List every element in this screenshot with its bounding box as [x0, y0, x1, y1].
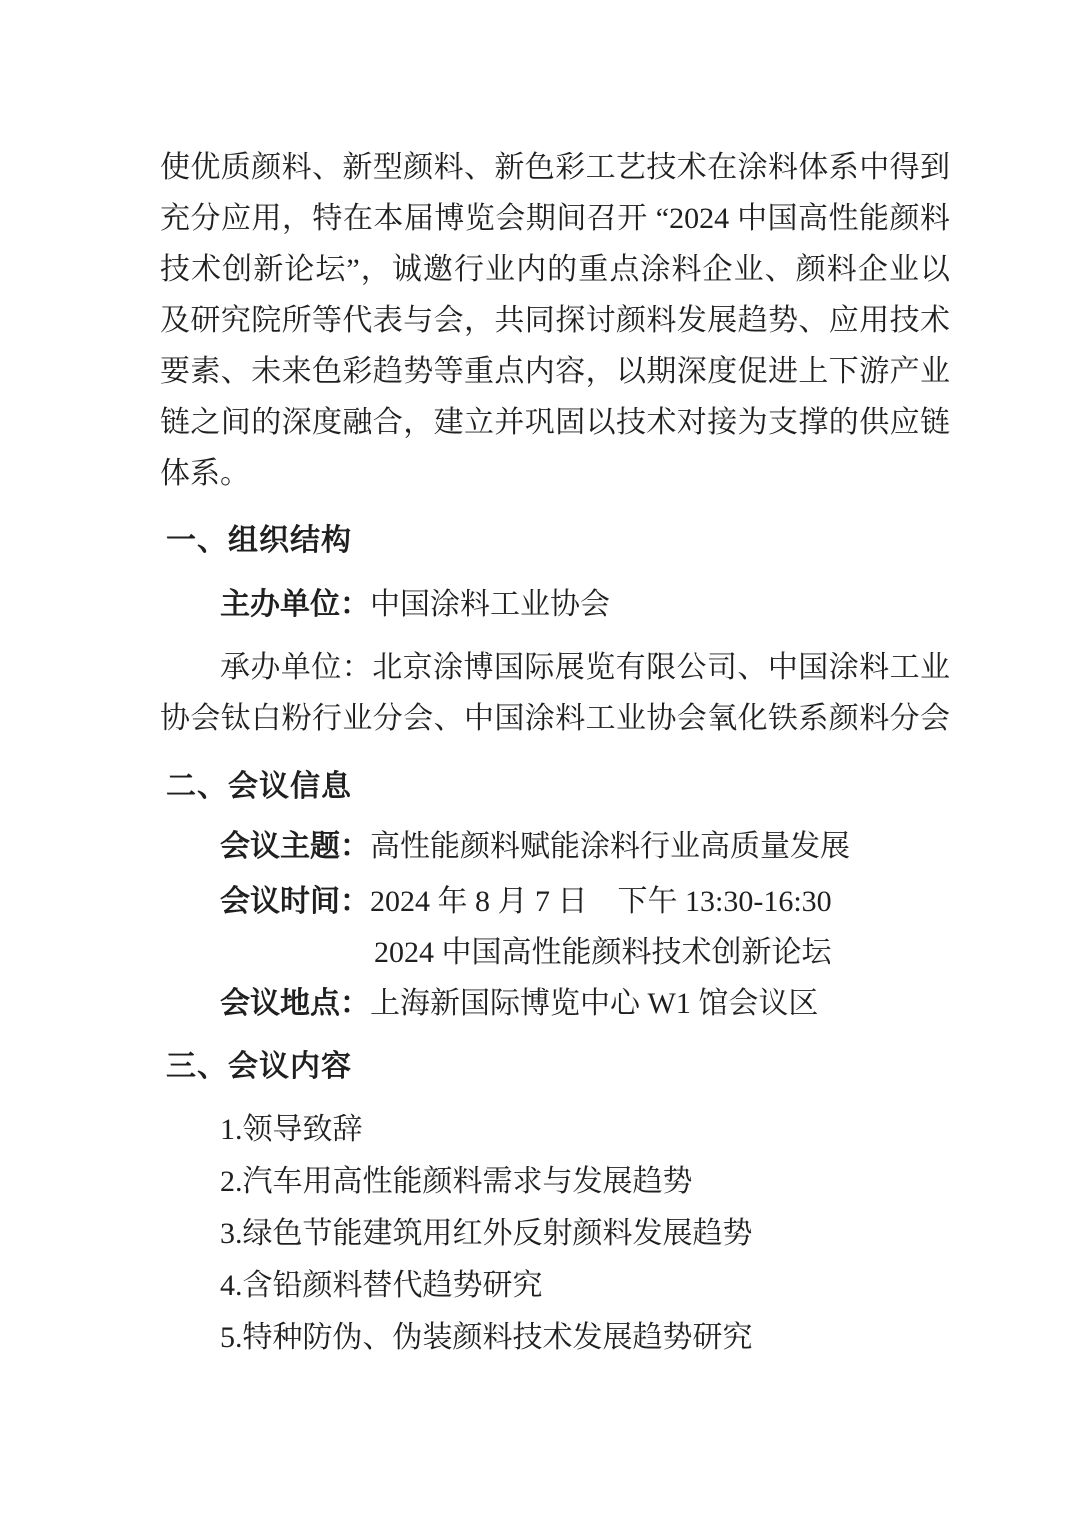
agenda-item: 4.含铅颜料替代趋势研究: [160, 1260, 950, 1312]
host-unit-label: 主办单位：: [220, 588, 370, 621]
meeting-time-value: 2024 年 8 月 7 日 下午 13:30-16:30: [370, 885, 832, 918]
agenda-list: 1.领导致辞 2.汽车用高性能颜料需求与发展趋势 3.绿色节能建筑用红外反射颜料…: [160, 1104, 950, 1364]
agenda-item: 3.绿色节能建筑用红外反射颜料发展趋势: [160, 1208, 950, 1260]
section-heading-organization: 一、组织结构: [166, 515, 950, 566]
intro-line-last: 体系。: [160, 448, 950, 499]
meeting-venue-line: 会议地点：上海新国际博览中心 W1 馆会议区: [160, 978, 950, 1029]
agenda-item: 2.汽车用高性能颜料需求与发展趋势: [160, 1156, 950, 1208]
meeting-venue-label: 会议地点：: [220, 987, 370, 1020]
agenda-item: 1.领导致辞: [160, 1104, 950, 1156]
meeting-time-label: 会议时间：: [220, 885, 370, 918]
meeting-time-block: 会议时间：2024 年 8 月 7 日 下午 13:30-16:30 2024 …: [160, 876, 950, 978]
meeting-time-line: 会议时间：2024 年 8 月 7 日 下午 13:30-16:30: [160, 876, 950, 927]
organizer-unit-value-part1: 北京涂博国际展览有限公司、中国涂料工业: [372, 651, 950, 684]
intro-line: 使优质颜料、新型颜料、新色彩工艺技术在涂料体系中得到: [160, 142, 950, 193]
document-page: 使优质颜料、新型颜料、新色彩工艺技术在涂料体系中得到 充分应用，特在本届博览会期…: [0, 0, 1080, 1527]
organizer-unit-line1: 承办单位：北京涂博国际展览有限公司、中国涂料工业: [160, 642, 950, 693]
intro-line: 要素、未来色彩趋势等重点内容，以期深度促进上下游产业: [160, 346, 950, 397]
organizer-unit-line2: 协会钛白粉行业分会、中国涂料工业协会氧化铁系颜料分会: [160, 693, 950, 744]
intro-line: 技术创新论坛”，诚邀行业内的重点涂料企业、颜料企业以: [160, 244, 950, 295]
host-unit-value: 中国涂料工业协会: [370, 588, 610, 621]
section-heading-meeting-content: 三、会议内容: [166, 1041, 950, 1092]
organizer-unit-block: 承办单位：北京涂博国际展览有限公司、中国涂料工业 协会钛白粉行业分会、中国涂料工…: [160, 642, 950, 744]
intro-line: 链之间的深度融合，建立并巩固以技术对接为支撑的供应链: [160, 397, 950, 448]
intro-line: 充分应用，特在本届博览会期间召开 “2024 中国高性能颜料: [160, 193, 950, 244]
meeting-time-forum-line: 2024 中国高性能颜料技术创新论坛: [160, 927, 950, 978]
section-heading-meeting-info: 二、会议信息: [166, 761, 950, 812]
intro-paragraph: 使优质颜料、新型颜料、新色彩工艺技术在涂料体系中得到 充分应用，特在本届博览会期…: [160, 142, 950, 499]
meeting-theme-label: 会议主题：: [220, 830, 370, 863]
meeting-theme-line: 会议主题：高性能颜料赋能涂料行业高质量发展: [160, 821, 950, 872]
agenda-item: 5.特种防伪、伪装颜料技术发展趋势研究: [160, 1312, 950, 1364]
meeting-venue-value: 上海新国际博览中心 W1 馆会议区: [370, 987, 818, 1020]
organizer-unit-label: 承办单位：: [220, 651, 372, 684]
host-unit-line: 主办单位：中国涂料工业协会: [160, 579, 950, 630]
intro-line: 及研究院所等代表与会，共同探讨颜料发展趋势、应用技术: [160, 295, 950, 346]
meeting-theme-value: 高性能颜料赋能涂料行业高质量发展: [370, 830, 850, 863]
